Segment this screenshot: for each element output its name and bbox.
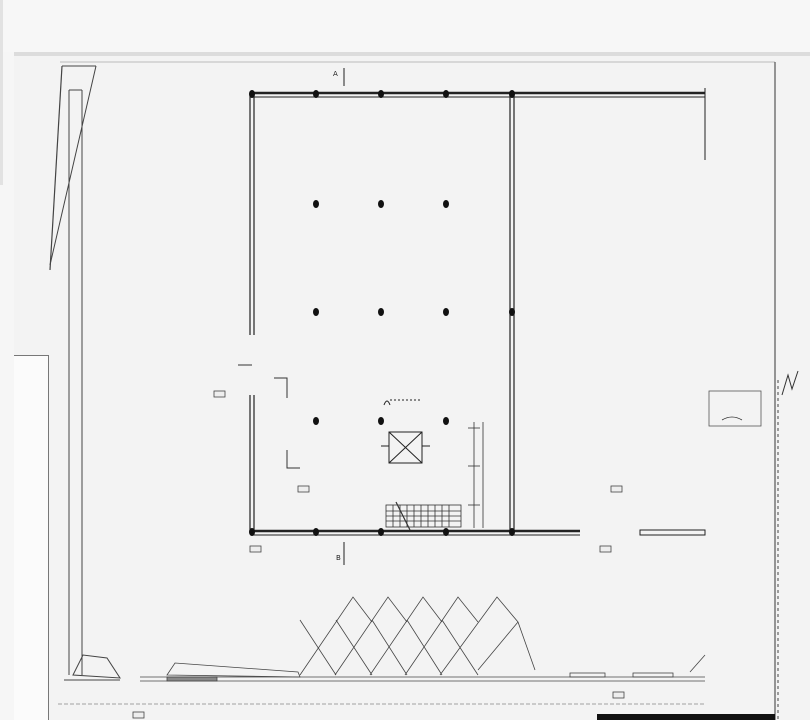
floor-plan-drawing: A B <box>0 0 810 720</box>
dimension-line <box>468 422 483 528</box>
elevator-shaft <box>381 400 430 463</box>
section-marker-b: B <box>336 542 344 565</box>
room-corner-marks <box>238 365 300 468</box>
scan-dark-edge <box>597 714 775 720</box>
ground-line <box>58 655 705 704</box>
staircase <box>386 502 461 530</box>
signature-mark <box>782 371 798 395</box>
section-marker-a: A <box>333 68 344 86</box>
structural-columns <box>249 90 515 536</box>
sawtooth-canopy <box>300 597 535 675</box>
left-fold <box>50 66 120 680</box>
label-tags <box>133 391 624 718</box>
svg-text:B: B <box>336 554 341 562</box>
svg-text:A: A <box>333 70 338 78</box>
stamp-box <box>709 391 761 426</box>
